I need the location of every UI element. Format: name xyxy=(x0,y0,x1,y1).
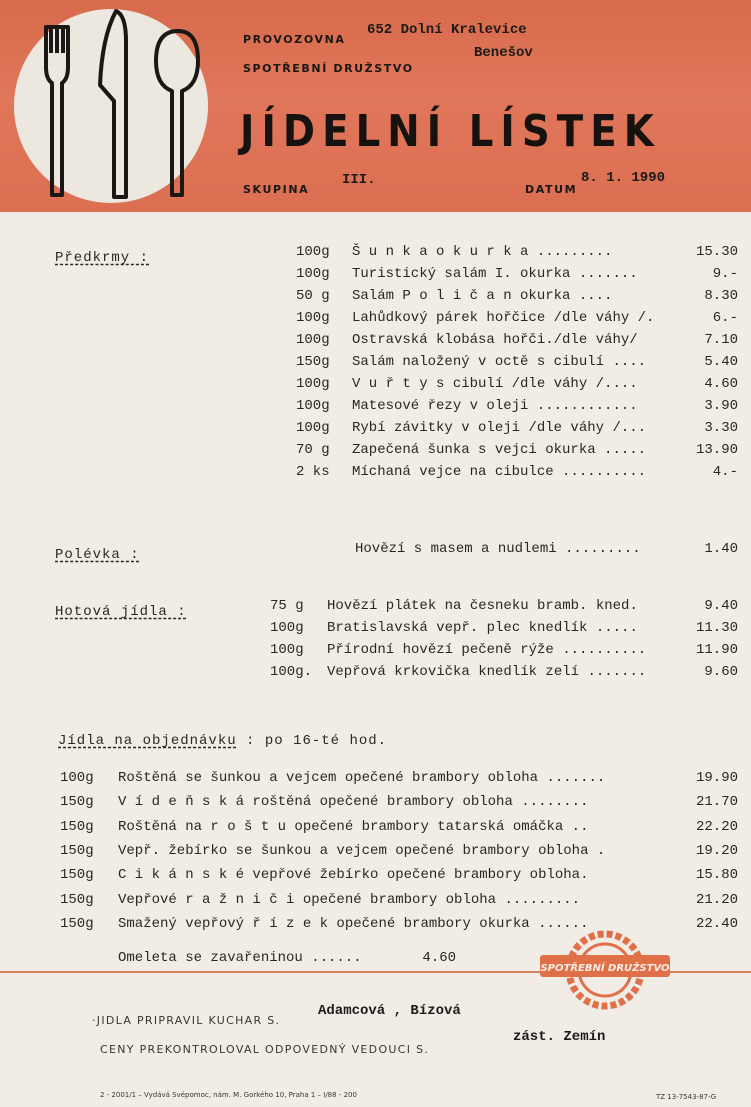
item-price: 3.90 xyxy=(678,398,738,414)
item-price: 11.30 xyxy=(678,620,738,636)
item-name: Vepřová krkovička knedlík zelí ....... xyxy=(327,664,646,680)
menu-header: PROVOZOVNA 652 Dolní Kralevice Benešov S… xyxy=(0,0,751,212)
item-name: Ostravská klobása hořči./dle váhy/ xyxy=(352,332,638,348)
item-price: 9.40 xyxy=(678,598,738,614)
item-name: V u ř t y s cibulí /dle váhy /.... xyxy=(352,376,638,392)
item-price: 11.90 xyxy=(678,642,738,658)
form-code: TZ 13-7543-87-G xyxy=(656,1093,716,1101)
item-weight: 100g xyxy=(296,398,330,414)
provozovna-label: PROVOZOVNA xyxy=(243,33,346,46)
item-weight: 150g xyxy=(60,794,94,810)
section-polevka: Polévka : xyxy=(55,547,140,563)
skupina-value: III. xyxy=(342,172,376,188)
datum-value: 8. 1. 1990 xyxy=(581,170,665,186)
item-name: Š u n k a o k u r k a ......... xyxy=(352,244,612,260)
spoon-icon xyxy=(156,31,198,195)
item-weight: 150g xyxy=(60,892,94,908)
item-price: 5.40 xyxy=(678,354,738,370)
item-name: Salám P o l i č a n okurka .... xyxy=(352,288,612,304)
item-name: Zapečená šunka s vejci okurka ..... xyxy=(352,442,646,458)
section-predkrmy: Předkrmy : xyxy=(55,250,149,266)
cook-value: Adamcová , Bízová xyxy=(318,1003,461,1019)
item-price: 8.30 xyxy=(678,288,738,304)
provozovna-value: 652 Dolní Kralevice xyxy=(367,22,527,38)
item-price: 4.60 xyxy=(678,376,738,392)
item-name: V í d e ň s k á roštěná opečené brambory… xyxy=(118,794,588,810)
item-price: 22.20 xyxy=(678,819,738,835)
item-name: Smažený vepřový ř í z e k opečené brambo… xyxy=(118,916,588,932)
district-value: Benešov xyxy=(474,45,533,61)
item-weight: 100g xyxy=(296,376,330,392)
cook-label: ·JIDLA PRIPRAVIL KUCHAR S. xyxy=(92,1014,280,1027)
item-name: Hovězí s masem a nudlemi ......... xyxy=(355,541,641,557)
datum-label: DATUM xyxy=(525,183,577,196)
skupina-label: SKUPINA xyxy=(243,183,309,196)
item-weight: 75 g xyxy=(270,598,304,614)
item-name: Rybí závitky v oleji /dle váhy /... xyxy=(352,420,646,436)
item-price: 21.70 xyxy=(678,794,738,810)
item-price: 15.80 xyxy=(678,867,738,883)
item-name: Přírodní hovězí pečeně rýže .......... xyxy=(327,642,646,658)
item-weight: 150g xyxy=(60,916,94,932)
item-name: C i k á n s k é vepřové žebírko opečené … xyxy=(118,867,588,883)
item-weight: 70 g xyxy=(296,442,330,458)
item-weight: 150g xyxy=(60,819,94,835)
item-name: Roštěná na r o š t u opečené brambory ta… xyxy=(118,819,588,835)
item-name: Lahůdkový párek hořčice /dle váhy /. xyxy=(352,310,654,326)
item-price: 9.60 xyxy=(678,664,738,680)
section-na-objednavku: Jídla na objednávku : po 16-té hod. xyxy=(58,733,387,749)
item-weight: 150g xyxy=(60,867,94,883)
item-weight: 100g xyxy=(296,310,330,326)
item-weight: 100g xyxy=(296,332,330,348)
order-time-note: : po 16-té hod. xyxy=(246,733,387,749)
item-price: 13.90 xyxy=(678,442,738,458)
item-price: 1.40 xyxy=(678,541,738,557)
item-weight: 100g xyxy=(296,266,330,282)
item-weight: 2 ks xyxy=(296,464,330,480)
page-title: JÍDELNÍ LÍSTEK xyxy=(240,106,661,157)
item-weight: 100g xyxy=(270,620,304,636)
item-name: Hovězí plátek na česneku bramb. kned. xyxy=(327,598,638,614)
item-name: Míchaná vejce na cibulce .......... xyxy=(352,464,646,480)
item-weight: 100g xyxy=(270,642,304,658)
item-price: 4.- xyxy=(678,464,738,480)
item-name: Vepř. žebírko se šunkou a vejcem opečené… xyxy=(118,843,605,859)
item-weight: 100g. xyxy=(270,664,312,680)
item-name: Turistický salám I. okurka ....... xyxy=(352,266,638,282)
item-price: 3.30 xyxy=(678,420,738,436)
cooperative-stamp-icon: SPOTŘEBNÍ DRUŽSTVO xyxy=(540,925,670,1015)
item-name: Matesové řezy v oleji ............ xyxy=(352,398,638,414)
item-price: 22.40 xyxy=(678,916,738,932)
item-price: 21.20 xyxy=(678,892,738,908)
item-price: 9.- xyxy=(678,266,738,282)
item-price: 15.30 xyxy=(678,244,738,260)
item-price: 19.90 xyxy=(678,770,738,786)
item-weight: 150g xyxy=(296,354,330,370)
fork-icon xyxy=(46,27,68,195)
item-name: Bratislavská vepř. plec knedlík ..... xyxy=(327,620,638,636)
stamp-text: SPOTŘEBNÍ DRUŽSTVO xyxy=(540,960,670,974)
section-hotova-jidla: Hotová jídla : xyxy=(55,604,187,620)
imprint-text: 2 - 2001/1 – Vydává Svépomoc, nám. M. Go… xyxy=(100,1091,357,1099)
item-price: 19.20 xyxy=(678,843,738,859)
item-name: Salám naložený v octě s cibulí .... xyxy=(352,354,646,370)
item-weight: 150g xyxy=(60,843,94,859)
manager-value: zást. Zemín xyxy=(513,1029,605,1045)
knife-icon xyxy=(100,11,126,197)
price-omeleta: 4.60 xyxy=(400,950,456,966)
manager-label: CENY PREKONTROLOVAL ODPOVEDNÝ VEDOUCI S. xyxy=(100,1043,429,1056)
item-weight: 100g xyxy=(60,770,94,786)
list-item-omeleta: Omeleta se zavařeninou ...... xyxy=(118,950,362,966)
item-weight: 100g xyxy=(296,244,330,260)
item-weight: 100g xyxy=(296,420,330,436)
druzstvo-label: SPOTŘEBNÍ DRUŽSTVO xyxy=(243,62,414,75)
item-price: 6.- xyxy=(678,310,738,326)
cutlery-icon xyxy=(30,5,210,205)
item-weight: 50 g xyxy=(296,288,330,304)
item-price: 7.10 xyxy=(678,332,738,348)
item-name: Roštěná se šunkou a vejcem opečené bramb… xyxy=(118,770,605,786)
item-name: Vepřové r a ž n i č i opečené brambory o… xyxy=(118,892,580,908)
